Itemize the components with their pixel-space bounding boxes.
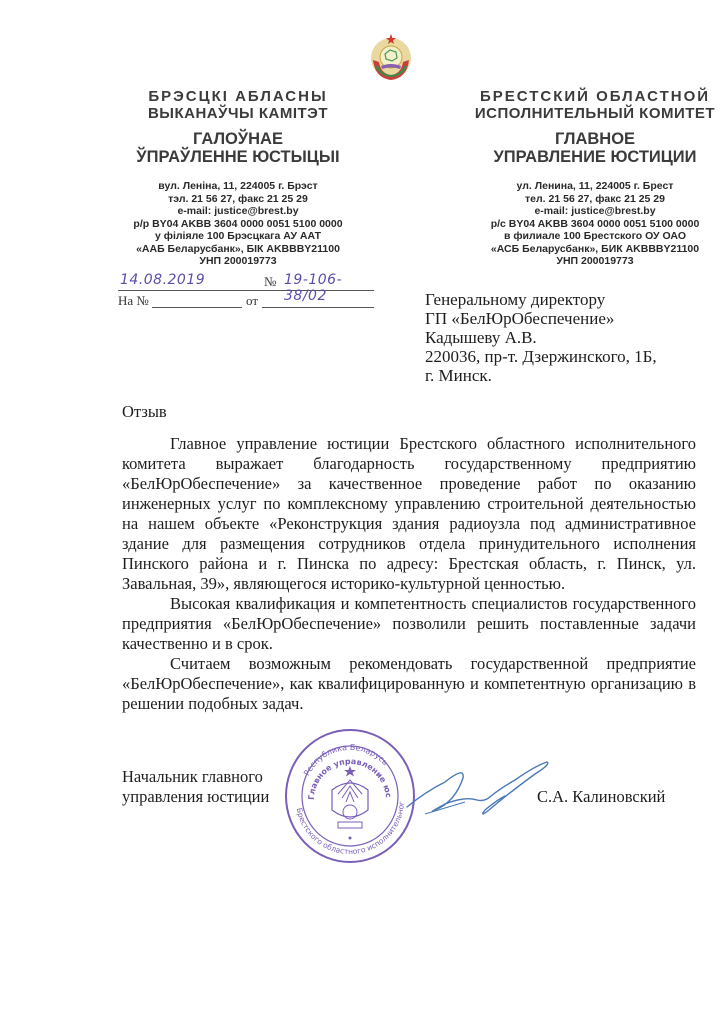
letter-body: Отзыв Главное управление юстиции Брестск… <box>122 402 696 714</box>
address-email: e-mail: justice@brest.by <box>108 205 368 218</box>
ref-number-line <box>152 307 242 308</box>
address-unp: УНП 200019773 <box>108 255 368 268</box>
letter-title: Отзыв <box>122 402 696 422</box>
ref-date-line <box>262 307 374 308</box>
dept-name-line2: УПРАВЛЕНИЕ ЮСТИЦИИ <box>470 148 720 166</box>
address-account: р/с BY04 AKBB 3604 0000 0051 5100 0000 <box>470 218 720 231</box>
address-street: ул. Ленина, 11, 224005 г. Брест <box>470 180 720 193</box>
address-phone: тэл. 21 56 27, факс 21 25 29 <box>108 193 368 206</box>
body-paragraph: Считаем возможным рекомендовать государс… <box>122 654 696 714</box>
body-paragraph: Главное управление юстиции Брестского об… <box>122 434 696 594</box>
letterhead-russian: БРЕСТСКИЙ ОБЛАСТНОЙ ИСПОЛНИТЕЛЬНЫЙ КОМИТ… <box>470 88 720 268</box>
address-bank: «АСБ Беларусбанк», БИК AKBBBY21100 <box>470 243 720 256</box>
address-branch: у філіяле 100 Брэсцкага АУ ААТ <box>108 230 368 243</box>
belarus-emblem-icon <box>367 30 415 84</box>
org-name-line1: БРЭСЦКІ АБЛАСНЫ <box>108 88 368 105</box>
address-email: e-mail: justice@brest.by <box>470 205 720 218</box>
dept-name-line2: ЎПРАЎЛЕННЕ ЮСТЫЦЫІ <box>108 148 368 166</box>
svg-text:Главное управление юстиции: Главное управление юстиции <box>282 728 393 800</box>
recipient-address: 220036, пр-т. Дзержинского, 1Б, <box>425 347 657 366</box>
outgoing-registration-row: 14.08.2019 № 19-106-38/02 <box>118 272 374 291</box>
recipient-block: Генеральному директору ГП «БелЮрОбеспече… <box>425 290 657 385</box>
address-block: вул. Леніна, 11, 224005 г. Брэст тэл. 21… <box>108 180 368 268</box>
handwritten-signature-icon <box>405 752 555 832</box>
ref-number-label: На № <box>118 293 149 309</box>
address-bank: «ААБ Беларусбанк», БІК AKBBBY21100 <box>108 243 368 256</box>
letterhead-belarusian: БРЭСЦКІ АБЛАСНЫ ВЫКАНАЎЧЫ КАМІТЭТ ГАЛОЎН… <box>108 88 368 268</box>
address-branch: в филиале 100 Брестского ОУ ОАО <box>470 230 720 243</box>
official-stamp-icon: Республика Беларусь Брестского областног… <box>282 728 418 864</box>
dept-name-line1: ГАЛОЎНАЕ <box>108 130 368 148</box>
letter-page: БРЭСЦКІ АБЛАСНЫ ВЫКАНАЎЧЫ КАМІТЭТ ГАЛОЎН… <box>0 0 724 1024</box>
signatory-name: С.А. Калиновский <box>537 787 665 807</box>
address-unp: УНП 200019773 <box>470 255 720 268</box>
org-name-line1: БРЕСТСКИЙ ОБЛАСТНОЙ <box>470 88 720 105</box>
incoming-reference-row: На № от <box>118 293 374 309</box>
recipient-city: г. Минск. <box>425 366 657 385</box>
address-street: вул. Леніна, 11, 224005 г. Брэст <box>108 180 368 193</box>
outgoing-date: 14.08.2019 <box>120 272 205 288</box>
dept-name-line1: ГЛАВНОЕ <box>470 130 720 148</box>
number-label: № <box>264 274 276 290</box>
registration-block: 14.08.2019 № 19-106-38/02 На № от <box>118 272 374 309</box>
address-phone: тел. 21 56 27, факс 21 25 29 <box>470 193 720 206</box>
org-name-line2: ВЫКАНАЎЧЫ КАМІТЭТ <box>108 105 368 122</box>
org-name-line2: ИСПОЛНИТЕЛЬНЫЙ КОМИТЕТ <box>470 105 720 122</box>
recipient-name: Кадышеву А.В. <box>425 328 657 347</box>
address-block: ул. Ленина, 11, 224005 г. Брест тел. 21 … <box>470 180 720 268</box>
body-paragraph: Высокая квалификация и компетентность сп… <box>122 594 696 654</box>
ref-date-label: от <box>246 293 258 309</box>
recipient-position: Генеральному директору <box>425 290 657 309</box>
recipient-organization: ГП «БелЮрОбеспечение» <box>425 309 657 328</box>
address-account: р/р BY04 AKBB 3604 0000 0051 5100 0000 <box>108 218 368 231</box>
